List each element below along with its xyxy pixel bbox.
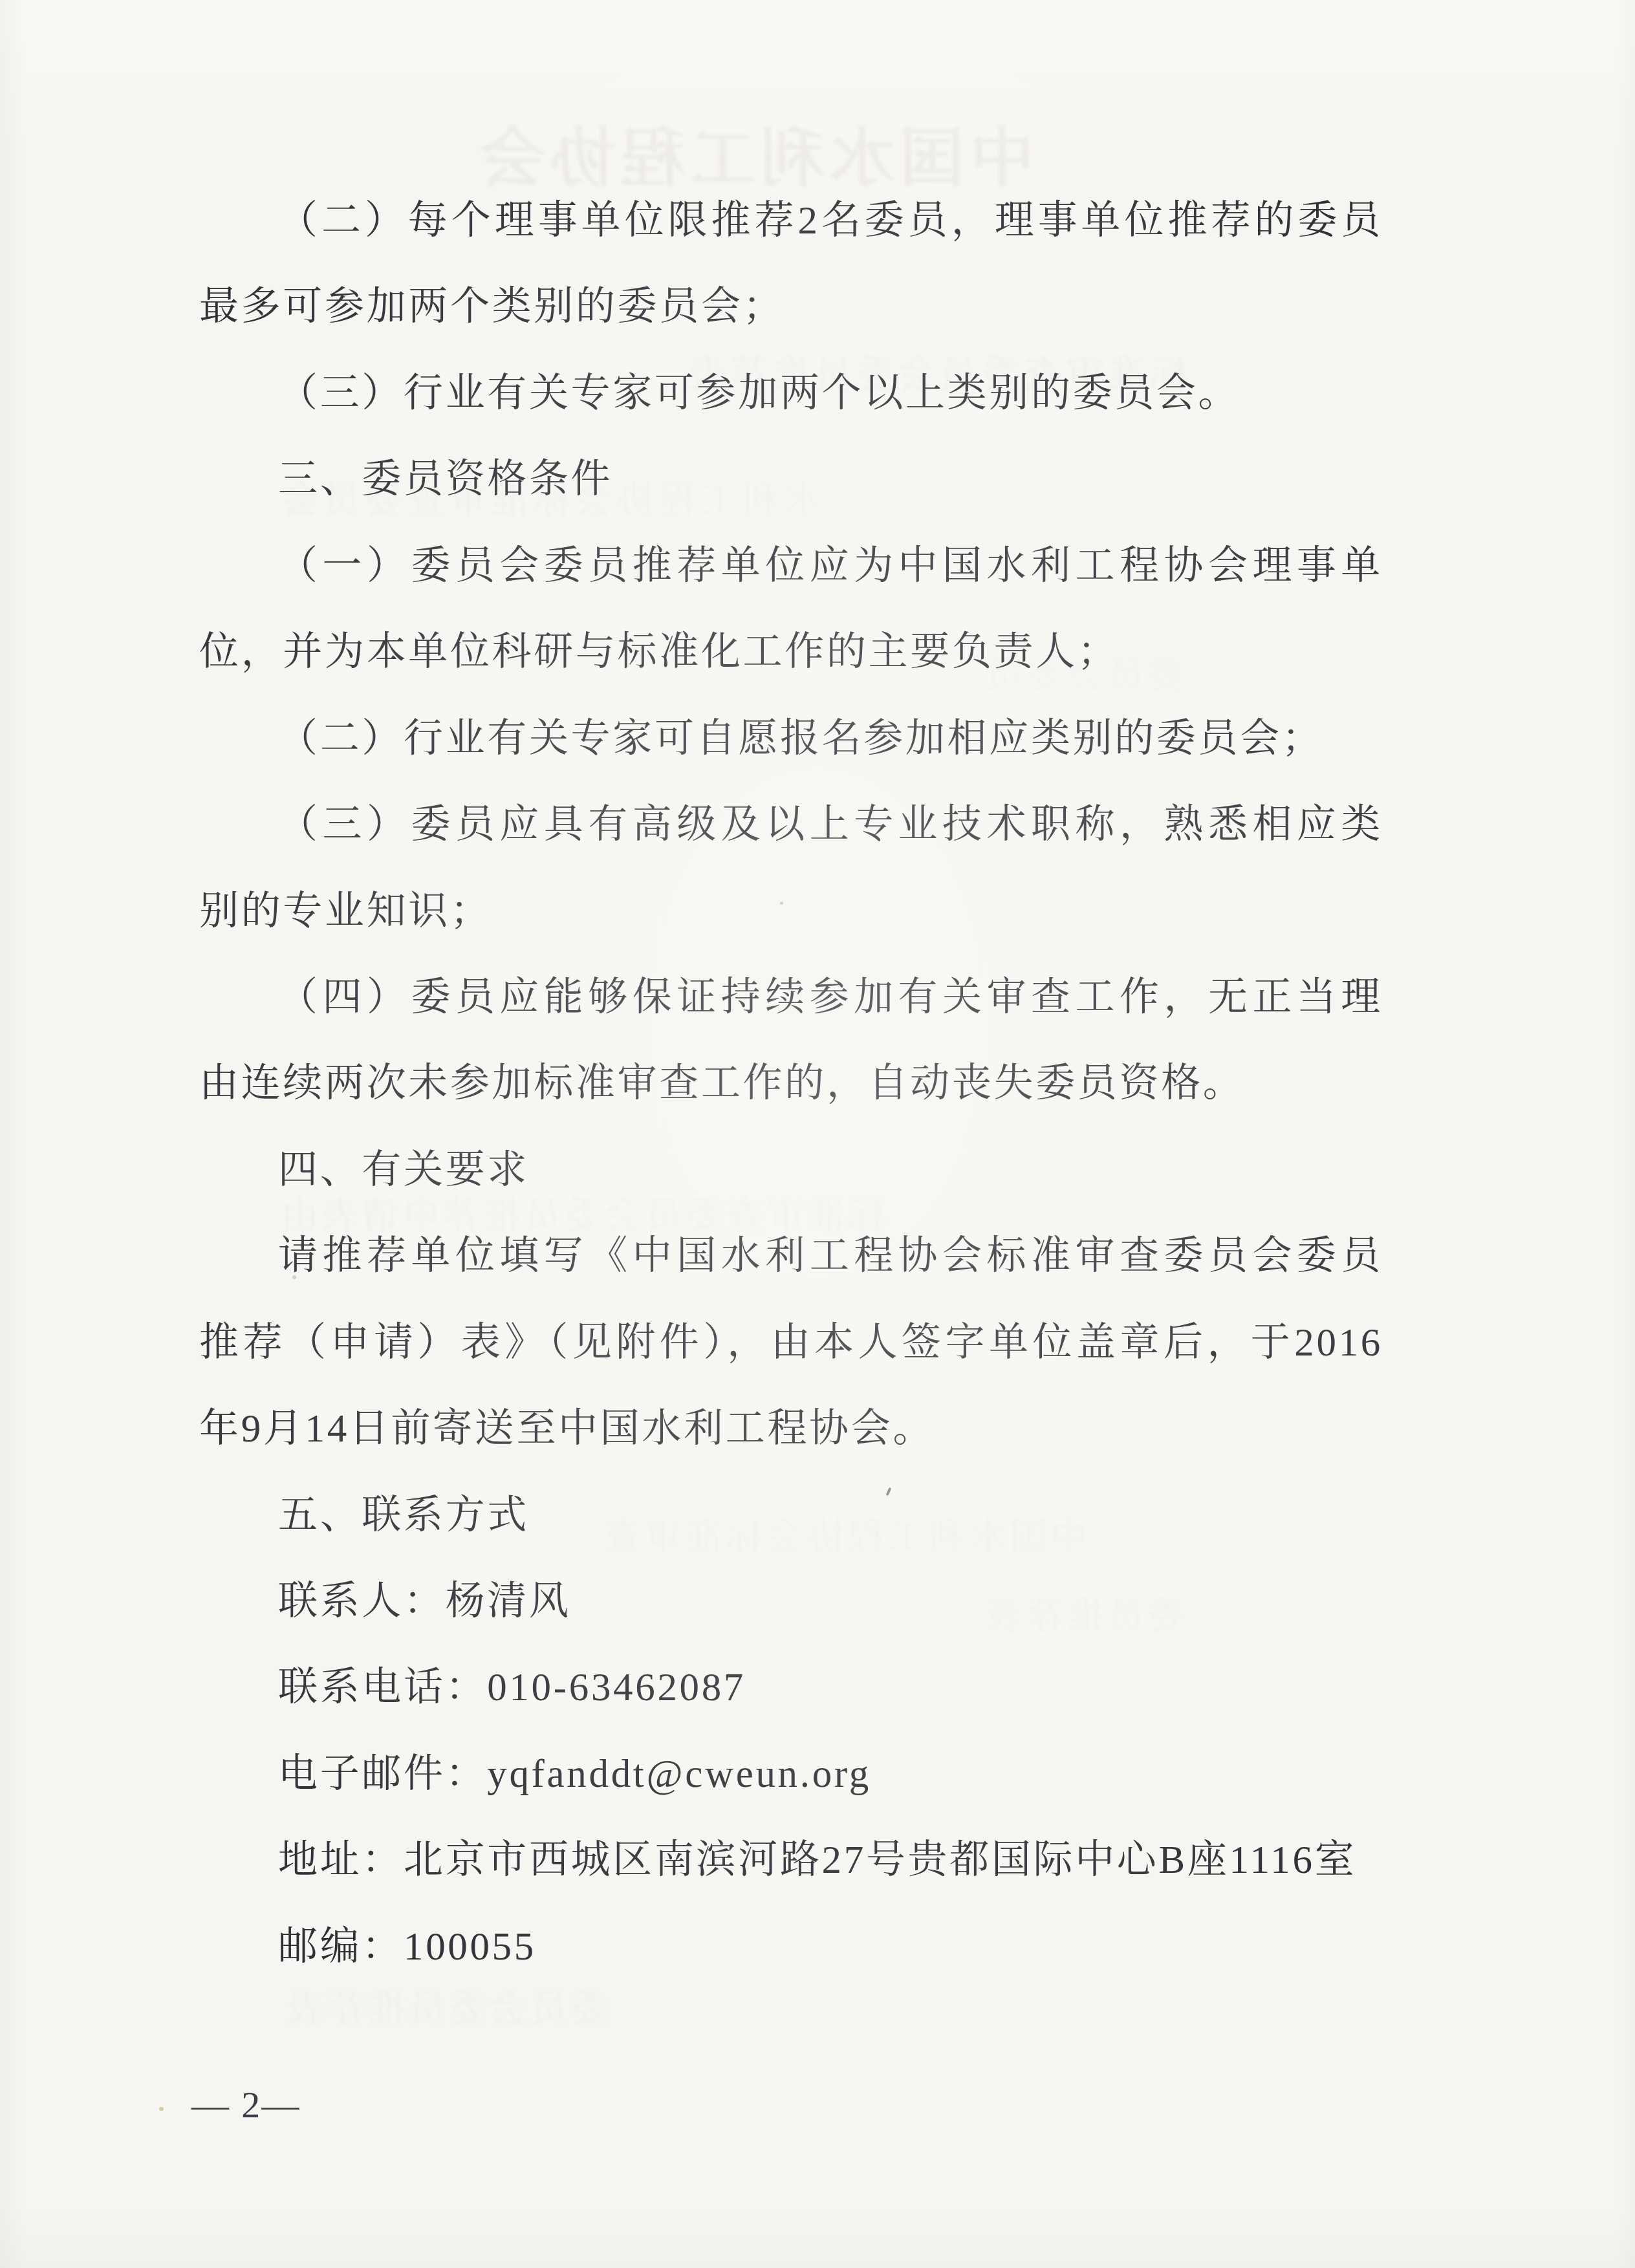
text-line: （二）行业有关专家可自愿报名参加相应类别的委员会； [199,696,1383,782]
text-line: 五、联系方式 [199,1473,1383,1559]
text-line: （一）委员会委员推荐单位应为中国水利工程协会理事单 [199,523,1383,609]
text-line: 推荐（申请）表》（见附件），由本人签字单位盖章后，于2016 [199,1300,1383,1386]
text-line: 四、有关要求 [199,1127,1383,1213]
text-line: 别的专业知识； [199,869,1383,955]
text-line: 邮编：100055 [199,1904,1383,1990]
text-line: 电子邮件：yqfanddt@cweun.org [199,1731,1383,1817]
text-line: 请推荐单位填写《中国水利工程协会标准审查委员会委员 [199,1213,1383,1299]
document-body: （二）每个理事单位限推荐2名委员，理事单位推荐的委员最多可参加两个类别的委员会；… [199,178,1383,1990]
text-line: （三）委员应具有高级及以上专业技术职称，熟悉相应类 [199,782,1383,868]
text-line: 三、委员资格条件 [199,437,1383,523]
bleedthrough-text: 委员会委员推荐表 [285,1991,609,2028]
text-line: 联系人：杨清风 [199,1559,1383,1645]
text-line: 位，并为本单位科研与标准化工作的主要负责人； [199,609,1383,695]
text-line: （二）每个理事单位限推荐2名委员，理事单位推荐的委员 [199,178,1383,264]
text-line: 联系电话：010-63462087 [199,1645,1383,1731]
page-number: — 2— [191,2073,301,2137]
text-line: 最多可参加两个类别的委员会； [199,264,1383,350]
text-line: （四）委员应能够保证持续参加有关审查工作，无正当理 [199,955,1383,1041]
text-line: 地址：北京市西城区南滨河路27号贵都国际中心B座1116室 [199,1817,1383,1903]
text-line: （三）行业有关专家可参加两个以上类别的委员会。 [199,351,1383,437]
text-line: 由连续两次未参加标准审查工作的，自动丧失委员资格。 [199,1041,1383,1127]
text-line: 年9月14日前寄送至中国水利工程协会。 [199,1386,1383,1472]
scan-speck [159,2107,164,2111]
scanned-page: { "document": { "language": "zh-CN", "li… [0,0,1635,2268]
